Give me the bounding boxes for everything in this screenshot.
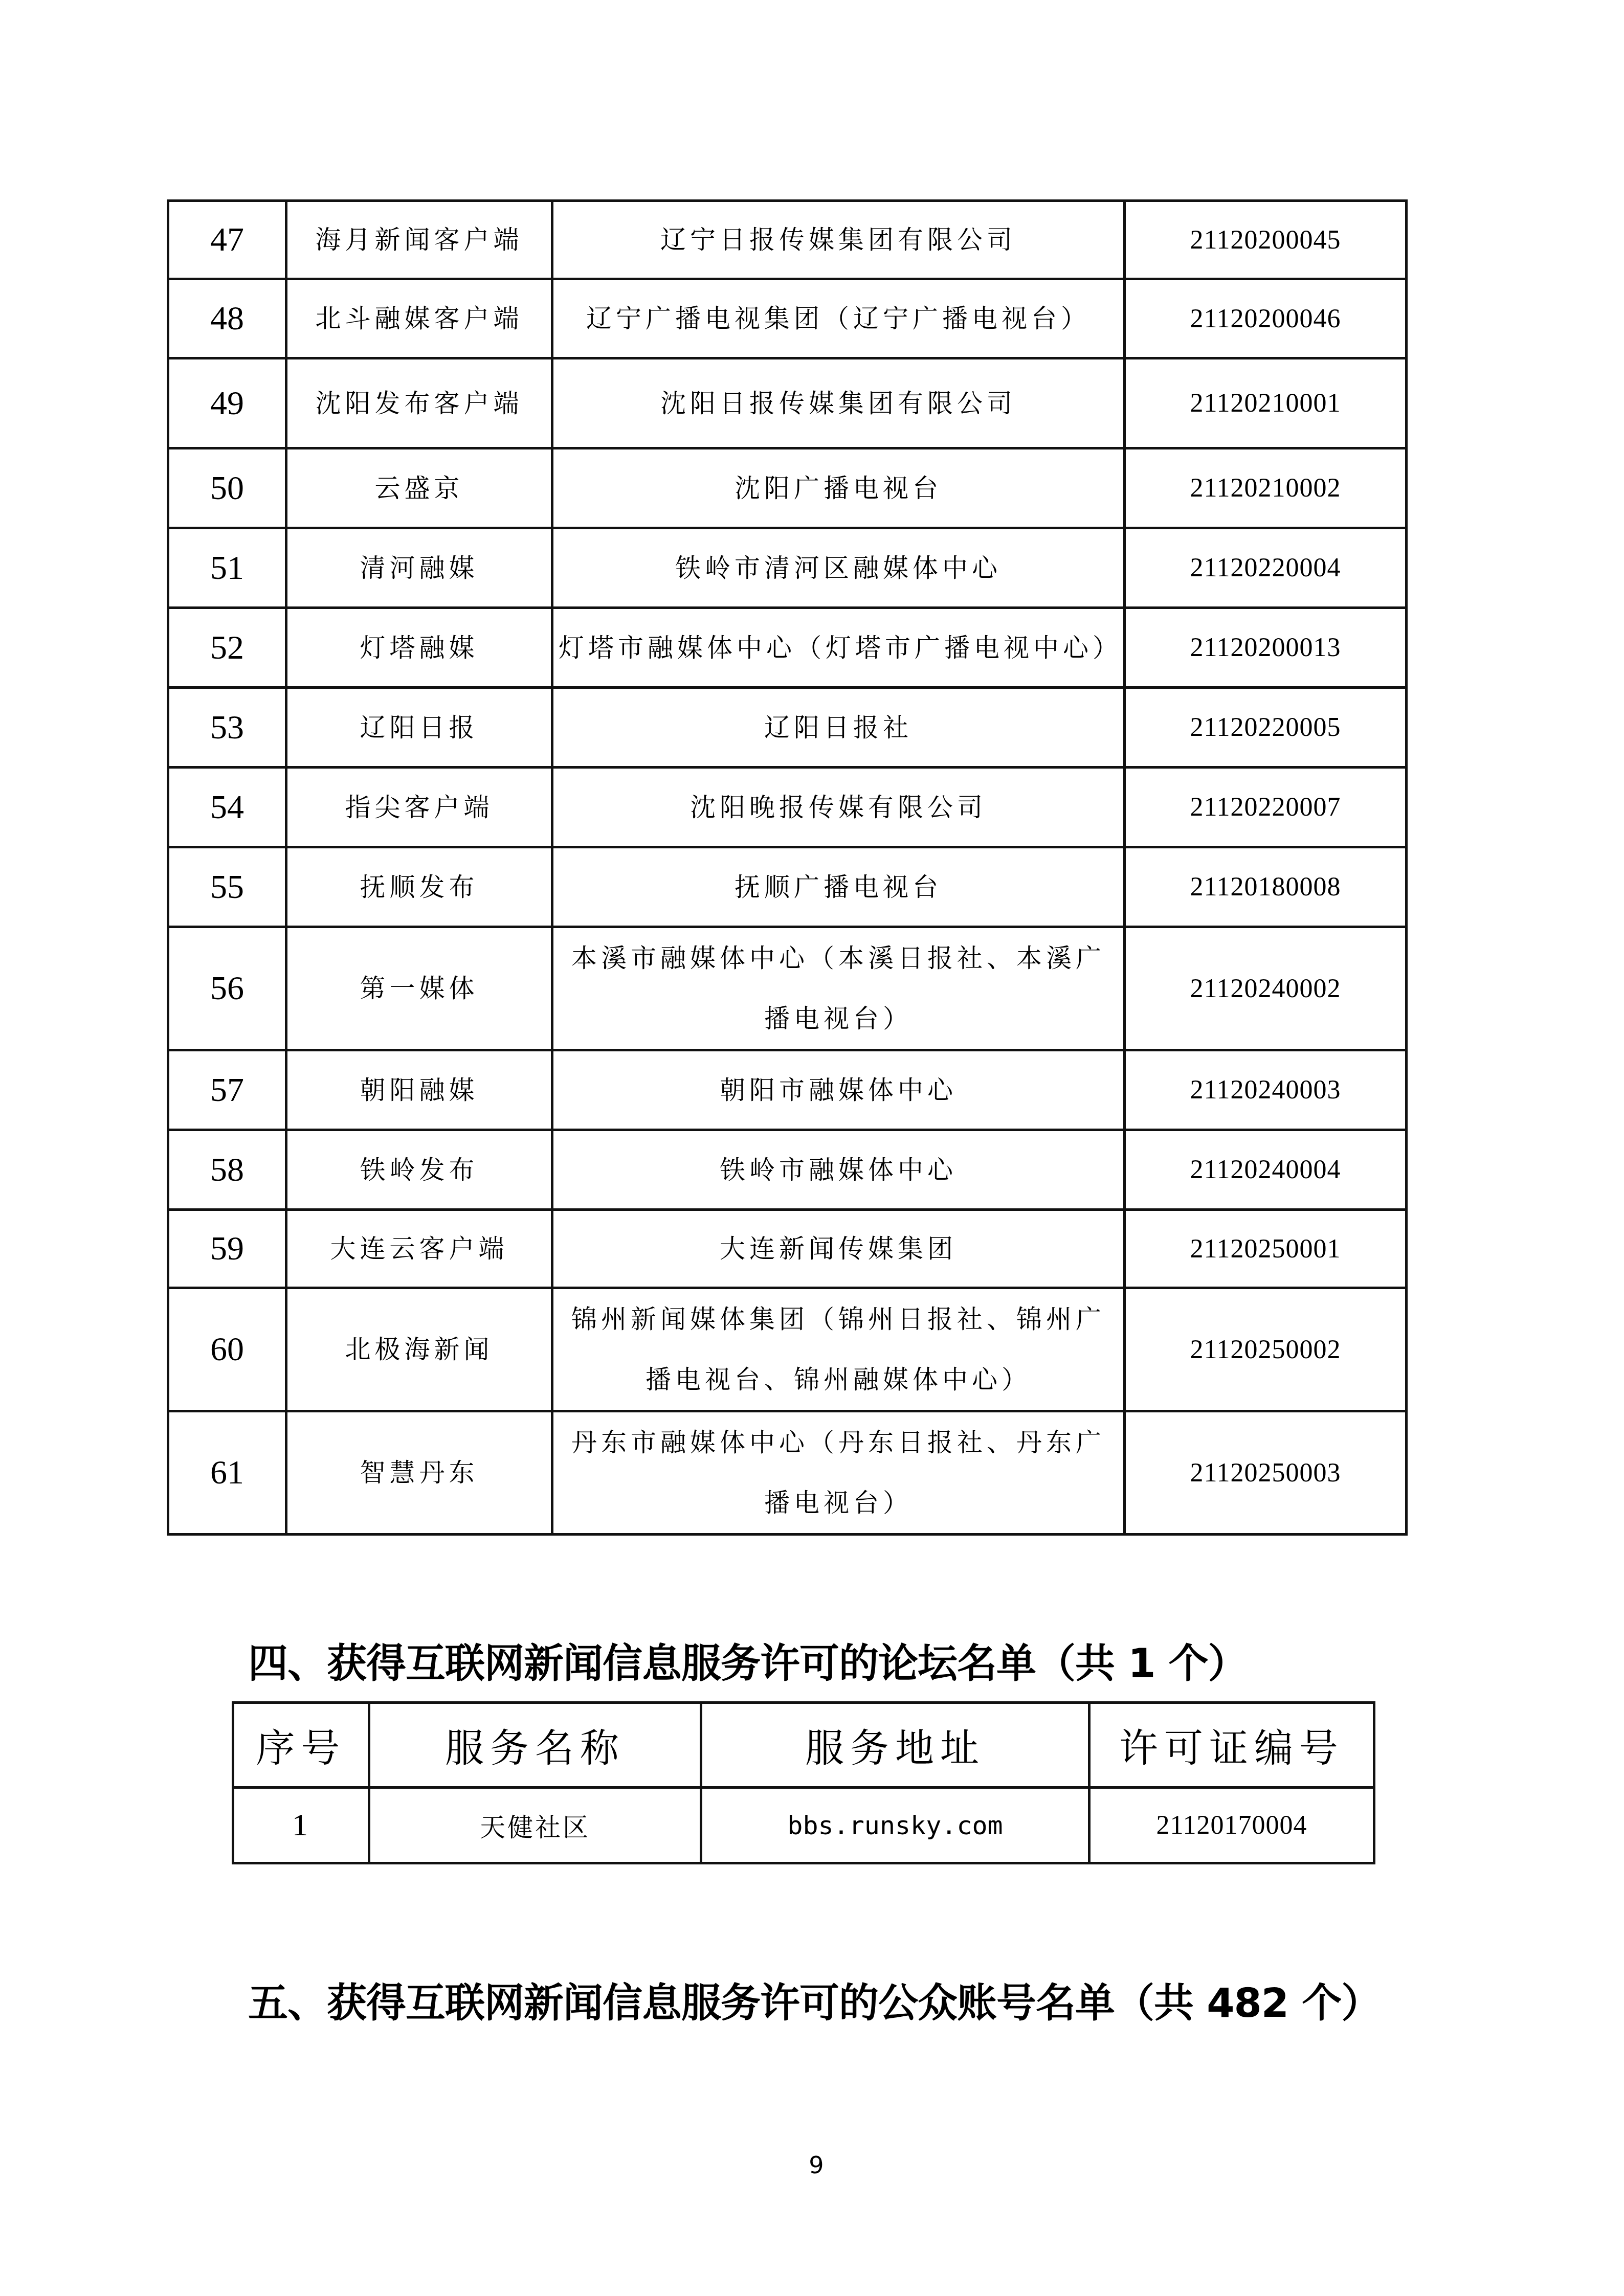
row-organization: 辽宁日报传媒集团有限公司 xyxy=(552,201,1125,279)
row-license-number: 21120170004 xyxy=(1089,1788,1374,1863)
header-service-address: 服务地址 xyxy=(701,1703,1089,1788)
row-service-name: 北极海新闻 xyxy=(286,1288,552,1411)
row-service-name: 抚顺发布 xyxy=(286,847,552,927)
row-license-number: 21120200013 xyxy=(1125,608,1407,688)
row-seq: 1 xyxy=(233,1788,369,1863)
row-license-number: 21120240004 xyxy=(1125,1130,1407,1210)
row-license-number: 21120250003 xyxy=(1125,1411,1407,1535)
row-license-number: 21120210002 xyxy=(1125,448,1407,528)
table-row: 54 指尖客户端 沈阳晚报传媒有限公司 21120220007 xyxy=(168,768,1407,847)
row-organization: 铁岭市清河区融媒体中心 xyxy=(552,528,1125,608)
row-seq: 53 xyxy=(168,688,286,768)
row-organization: 大连新闻传媒集团 xyxy=(552,1210,1125,1288)
row-license-number: 21120210001 xyxy=(1125,358,1407,448)
row-service-name: 辽阳日报 xyxy=(286,688,552,768)
row-license-number: 21120180008 xyxy=(1125,847,1407,927)
row-organization: 朝阳市融媒体中心 xyxy=(552,1050,1125,1130)
row-license-number: 21120220005 xyxy=(1125,688,1407,768)
news-client-table: 47 海月新闻客户端 辽宁日报传媒集团有限公司 21120200045 48 北… xyxy=(167,199,1408,1536)
row-license-number: 21120250001 xyxy=(1125,1210,1407,1288)
row-organization: 辽阳日报社 xyxy=(552,688,1125,768)
row-seq: 59 xyxy=(168,1210,286,1288)
row-service-name: 天健社区 xyxy=(369,1788,701,1863)
table-row: 58 铁岭发布 铁岭市融媒体中心 21120240004 xyxy=(168,1130,1407,1210)
row-license-number: 21120240002 xyxy=(1125,927,1407,1050)
row-service-name: 智慧丹东 xyxy=(286,1411,552,1535)
table-row: 60 北极海新闻 锦州新闻媒体集团（锦州日报社、锦州广播电视台、锦州融媒体中心）… xyxy=(168,1288,1407,1411)
row-seq: 47 xyxy=(168,201,286,279)
row-service-name: 铁岭发布 xyxy=(286,1130,552,1210)
row-seq: 52 xyxy=(168,608,286,688)
row-service-name: 第一媒体 xyxy=(286,927,552,1050)
table-row: 56 第一媒体 本溪市融媒体中心（本溪日报社、本溪广播电视台） 21120240… xyxy=(168,927,1407,1050)
table-row: 52 灯塔融媒 灯塔市融媒体中心（灯塔市广播电视中心） 21120200013 xyxy=(168,608,1407,688)
header-license-number: 许可证编号 xyxy=(1089,1703,1374,1788)
row-service-name: 清河融媒 xyxy=(286,528,552,608)
table-row: 53 辽阳日报 辽阳日报社 21120220005 xyxy=(168,688,1407,768)
page-number: 9 xyxy=(809,2151,824,2179)
row-seq: 58 xyxy=(168,1130,286,1210)
row-license-number: 21120220007 xyxy=(1125,768,1407,847)
row-seq: 57 xyxy=(168,1050,286,1130)
row-service-name: 指尖客户端 xyxy=(286,768,552,847)
row-license-number: 21120200046 xyxy=(1125,279,1407,358)
row-license-number: 21120240003 xyxy=(1125,1050,1407,1130)
row-organization: 辽宁广播电视集团（辽宁广播电视台） xyxy=(552,279,1125,358)
row-organization: 抚顺广播电视台 xyxy=(552,847,1125,927)
table-row: 57 朝阳融媒 朝阳市融媒体中心 21120240003 xyxy=(168,1050,1407,1130)
row-service-address: bbs.runsky.com xyxy=(701,1788,1089,1863)
row-organization: 丹东市融媒体中心（丹东日报社、丹东广播电视台） xyxy=(552,1411,1125,1535)
table-row: 51 清河融媒 铁岭市清河区融媒体中心 21120220004 xyxy=(168,528,1407,608)
table-row: 59 大连云客户端 大连新闻传媒集团 21120250001 xyxy=(168,1210,1407,1288)
table-row: 61 智慧丹东 丹东市融媒体中心（丹东日报社、丹东广播电视台） 21120250… xyxy=(168,1411,1407,1535)
row-seq: 61 xyxy=(168,1411,286,1535)
row-seq: 51 xyxy=(168,528,286,608)
row-seq: 50 xyxy=(168,448,286,528)
row-organization: 铁岭市融媒体中心 xyxy=(552,1130,1125,1210)
header-seq: 序号 xyxy=(233,1703,369,1788)
document-page: 47 海月新闻客户端 辽宁日报传媒集团有限公司 21120200045 48 北… xyxy=(0,0,1624,2296)
section-heading-forums: 四、获得互联网新闻信息服务许可的论坛名单（共 1 个） xyxy=(248,1632,1248,1689)
table-row: 55 抚顺发布 抚顺广播电视台 21120180008 xyxy=(168,847,1407,927)
row-service-name: 沈阳发布客户端 xyxy=(286,358,552,448)
row-organization: 锦州新闻媒体集团（锦州日报社、锦州广播电视台、锦州融媒体中心） xyxy=(552,1288,1125,1411)
row-license-number: 21120200045 xyxy=(1125,201,1407,279)
row-service-name: 朝阳融媒 xyxy=(286,1050,552,1130)
table-header-row: 序号 服务名称 服务地址 许可证编号 xyxy=(233,1703,1374,1788)
row-service-name: 大连云客户端 xyxy=(286,1210,552,1288)
table-row: 47 海月新闻客户端 辽宁日报传媒集团有限公司 21120200045 xyxy=(168,201,1407,279)
row-seq: 56 xyxy=(168,927,286,1050)
row-license-number: 21120250002 xyxy=(1125,1288,1407,1411)
table-row: 49 沈阳发布客户端 沈阳日报传媒集团有限公司 21120210001 xyxy=(168,358,1407,448)
table-row: 50 云盛京 沈阳广播电视台 21120210002 xyxy=(168,448,1407,528)
row-organization: 沈阳晚报传媒有限公司 xyxy=(552,768,1125,847)
row-service-name: 灯塔融媒 xyxy=(286,608,552,688)
row-license-number: 21120220004 xyxy=(1125,528,1407,608)
row-service-name: 云盛京 xyxy=(286,448,552,528)
row-service-name: 海月新闻客户端 xyxy=(286,201,552,279)
header-service-name: 服务名称 xyxy=(369,1703,701,1788)
row-organization: 本溪市融媒体中心（本溪日报社、本溪广播电视台） xyxy=(552,927,1125,1050)
row-seq: 60 xyxy=(168,1288,286,1411)
row-organization: 沈阳广播电视台 xyxy=(552,448,1125,528)
row-seq: 48 xyxy=(168,279,286,358)
row-seq: 49 xyxy=(168,358,286,448)
row-organization: 沈阳日报传媒集团有限公司 xyxy=(552,358,1125,448)
row-seq: 55 xyxy=(168,847,286,927)
row-service-name: 北斗融媒客户端 xyxy=(286,279,552,358)
table-row: 1 天健社区 bbs.runsky.com 21120170004 xyxy=(233,1788,1374,1863)
row-seq: 54 xyxy=(168,768,286,847)
forum-table: 序号 服务名称 服务地址 许可证编号 1 天健社区 bbs.runsky.com… xyxy=(232,1701,1375,1864)
row-organization: 灯塔市融媒体中心（灯塔市广播电视中心） xyxy=(552,608,1125,688)
table-row: 48 北斗融媒客户端 辽宁广播电视集团（辽宁广播电视台） 21120200046 xyxy=(168,279,1407,358)
section-heading-public-accounts: 五、获得互联网新闻信息服务许可的公众账号名单（共 482 个） xyxy=(248,1971,1381,2029)
